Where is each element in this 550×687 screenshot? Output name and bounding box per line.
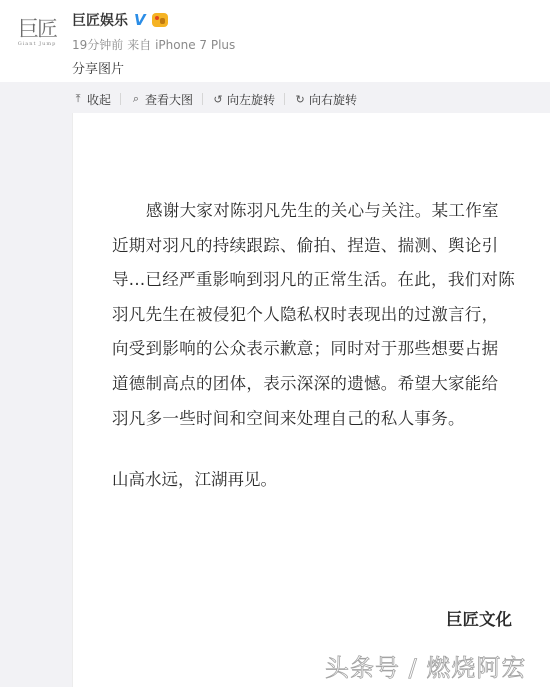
user-line: 巨匠娱乐 V [72,10,168,30]
image-toolbar: ⤒ 收起 ⌕ 查看大图 ↺ 向左旋转 ↻ 向右旋转 [72,86,357,112]
statement-closing: 山高水远，江湖再见。 [112,468,277,492]
statement-line: 向受到影响的公众表示歉意；同时对于那些想要占据 [112,332,532,367]
post-meta: 19分钟前 来自 iPhone 7 Plus [72,36,235,53]
statement-line: 感谢大家对陈羽凡先生的关心与关注。某工作室 [112,194,532,229]
post-time-link[interactable]: 19分钟前 [72,36,123,53]
statement-line: 道德制高点的团体，表示深深的遗憾。希望大家能给 [112,367,532,402]
vip-badge-icon[interactable] [152,13,168,27]
rotate-right-icon: ↻ [294,93,306,106]
post-text: 分享图片 [72,58,124,77]
avatar-subtitle: Giant Jump [18,41,57,47]
toolbar-divider [120,93,121,105]
rotate-right-label: 向右旋转 [309,91,357,108]
collapse-button[interactable]: ⤒ 收起 [72,91,111,108]
collapse-up-icon: ⤒ [72,92,84,106]
toolbar-divider [284,93,285,105]
statement-signature: 巨匠文化 [446,606,512,630]
statement-line: 羽凡多一些时间和空间来处理自己的私人事务。 [112,402,532,437]
rotate-right-button[interactable]: ↻ 向右旋转 [294,91,357,108]
watermark: 头条号 / 燃烧阿宏 [325,648,526,683]
statement-body: 感谢大家对陈羽凡先生的关心与关注。某工作室 近期对羽凡的持续跟踪、偷拍、捏造、揣… [112,194,532,436]
view-large-button[interactable]: ⌕ 查看大图 [130,91,193,108]
post-source-link[interactable]: 来自 iPhone 7 Plus [127,36,235,53]
verified-icon[interactable]: V [134,12,146,28]
post-header: 巨匠 Giant Jump 巨匠娱乐 V 19分钟前 来自 iPhone 7 P… [0,0,550,82]
rotate-left-button[interactable]: ↺ 向左旋转 [212,91,275,108]
username-link[interactable]: 巨匠娱乐 [72,10,128,30]
avatar[interactable]: 巨匠 Giant Jump [12,12,62,52]
view-large-label: 查看大图 [145,91,193,108]
toolbar-divider [202,93,203,105]
statement-line: 羽凡先生在被侵犯个人隐私权时表现出的过激言行， [112,298,532,333]
avatar-logo: 巨匠 [18,18,56,40]
magnifier-icon: ⌕ [130,92,142,106]
rotate-left-label: 向左旋转 [227,91,275,108]
rotate-left-icon: ↺ [212,93,224,106]
statement-line: 近期对羽凡的持续跟踪、偷拍、捏造、揣测、舆论引 [112,229,532,264]
statement-line: 导...已经严重影响到羽凡的正常生活。在此，我们对陈 [112,263,532,298]
collapse-label: 收起 [87,91,111,108]
